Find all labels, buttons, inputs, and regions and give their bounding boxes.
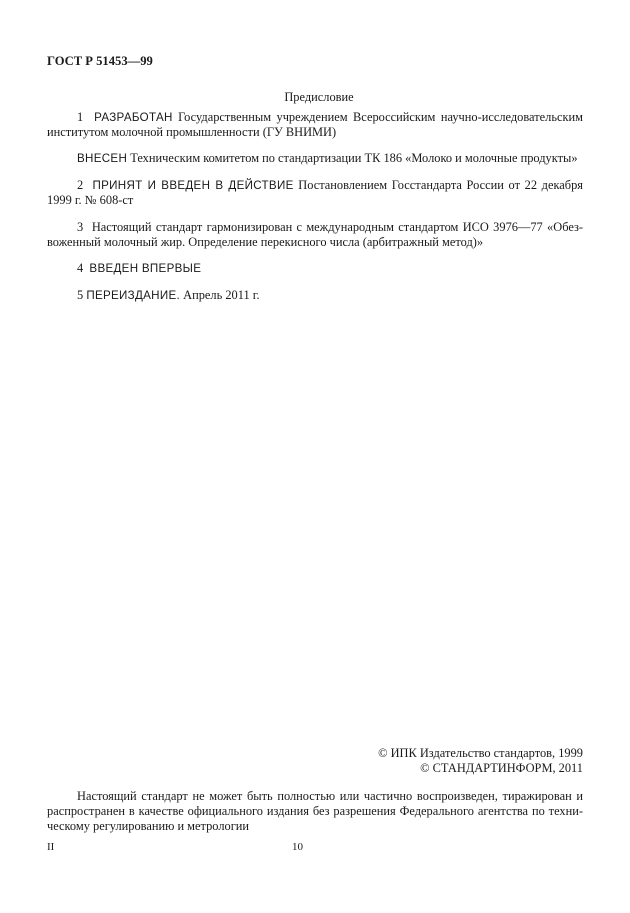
reproduction-notice: Настоящий стандарт не может быть полност… <box>47 789 583 834</box>
section-title: Предисловие <box>0 90 630 105</box>
item-lead: ПРИНЯТ И ВВЕДЕН В ДЕЙСТВИЕ <box>93 179 294 192</box>
item-text: Государственным учреждением Всероссийски… <box>178 110 583 124</box>
paragraph-line: 1999 г. № 608-ст <box>47 193 583 208</box>
paragraph-reissue: 5 ПЕРЕИЗДАНИЕ. Апрель 2011 г. <box>77 288 260 303</box>
item-lead: ВВЕДЕН ВПЕРВЫЕ <box>89 262 201 275</box>
item-text: Настоящий стандарт гармонизирован с межд… <box>92 220 583 234</box>
item-lead: ПЕРЕИЗДАНИЕ. <box>86 289 180 302</box>
paragraph-introduced: ВНЕСЕН Техническим комитетом по стандарт… <box>77 151 578 166</box>
paragraph-harmonized: 3 Настоящий стандарт гармонизирован с ме… <box>47 220 583 250</box>
paragraph-line: институтом молочной промышленности (ГУ В… <box>47 125 583 140</box>
paragraph-line: 3 Настоящий стандарт гармонизирован с ме… <box>47 220 583 235</box>
paragraph-line: воженный молочный жир. Определение перек… <box>47 235 583 250</box>
item-number: 5 <box>77 288 83 302</box>
paragraph-line: распространен в качестве официального из… <box>47 804 583 819</box>
item-text: Техническим комитетом по стандартизации … <box>130 151 577 165</box>
copyright-line-2: © СТАНДАРТИНФОРМ, 2011 <box>420 761 583 776</box>
paragraph-line: 1 РАЗРАБОТАН Государственным учреждением… <box>47 110 583 125</box>
document-code: ГОСТ Р 51453—99 <box>47 54 153 69</box>
item-number: 2 <box>77 178 83 192</box>
item-text: Апрель 2011 г. <box>183 288 259 302</box>
paragraph-first-introduced: 4 ВВЕДЕН ВПЕРВЫЕ <box>77 261 201 276</box>
copyright-line-1: © ИПК Издательство стандартов, 1999 <box>378 746 583 761</box>
paragraph-developed: 1 РАЗРАБОТАН Государственным учреждением… <box>47 110 583 140</box>
item-lead: ВНЕСЕН <box>77 152 127 165</box>
item-lead: РАЗРАБОТАН <box>94 111 173 124</box>
paragraph-adopted: 2 ПРИНЯТ И ВВЕДЕН В ДЕЙСТВИЕ Постановлен… <box>47 178 583 208</box>
paragraph-line: ческому регулированию и метрологии <box>47 819 583 834</box>
item-text: Постановлением Госстандарта России от 22… <box>298 178 583 192</box>
page-number: 10 <box>292 840 303 855</box>
paragraph-line: Настоящий стандарт не может быть полност… <box>47 789 583 804</box>
paragraph-line: 2 ПРИНЯТ И ВВЕДЕН В ДЕЙСТВИЕ Постановлен… <box>47 178 583 193</box>
item-number: 1 <box>77 110 83 124</box>
item-number: 3 <box>77 220 83 234</box>
page-roman-numeral: II <box>47 840 54 855</box>
item-number: 4 <box>77 261 83 275</box>
